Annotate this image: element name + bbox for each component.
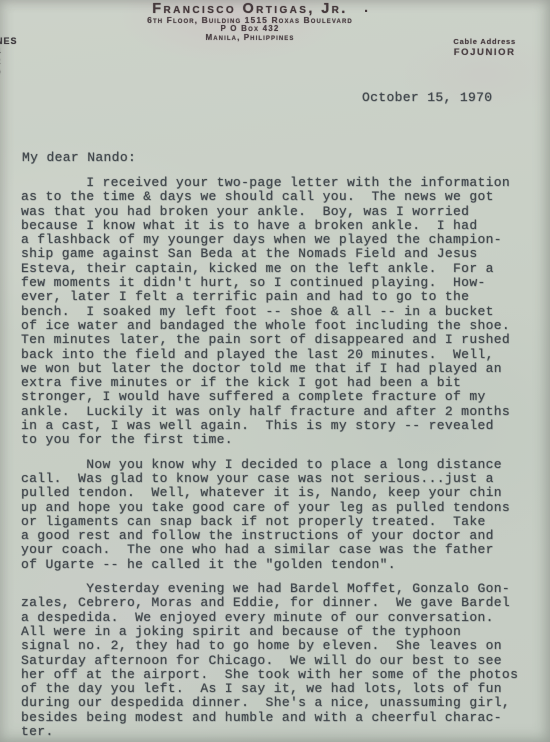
letter-line: Ten minutes later, the pain sort of disa…: [21, 333, 533, 347]
letter-line: ter.: [21, 725, 533, 739]
letter-line: to you for the first time.: [21, 433, 533, 447]
letter-line: Esteva, their captain, kicked me on the …: [21, 262, 533, 276]
letter-line: pulled tendon. Well, whatever it is, Nan…: [21, 486, 533, 500]
letter-line: a good rest and follow the instructions …: [21, 529, 533, 543]
letter-line: call. Was glad to know your case was not…: [21, 472, 533, 486]
letter-line: your coach. The one who had a similar ca…: [21, 543, 533, 557]
letter-line: besides being modest and humble and with…: [21, 711, 533, 725]
letter-line: ankle. Luckily it was only half fracture…: [21, 405, 533, 419]
letter-line: because I know what it is to have a brok…: [21, 219, 533, 233]
cable-address-label: Cable Address: [453, 37, 516, 46]
letter-line: stronger, I would have suffered a comple…: [21, 390, 533, 404]
cable-address-value: FOJUNIOR: [453, 47, 516, 58]
left-edge-cutoff-text: NES429: [0, 36, 18, 78]
letter-line: was that you had broken your ankle. Boy,…: [21, 205, 533, 219]
letter-line: of ice water and bandaged the whole foot…: [21, 319, 533, 333]
left-edge-fragment: 9: [0, 68, 18, 79]
letter-line: extra five minutes or if the kick I got …: [21, 376, 533, 390]
letter-body: I received your two-page letter with the…: [21, 176, 533, 742]
paragraph: I received your two-page letter with the…: [21, 176, 533, 448]
paragraph: Now you know why I decided to place a lo…: [21, 458, 533, 572]
letter-line: Yesterday evening we had Bardel Moffet, …: [21, 582, 533, 596]
letter-line: ship game against San Beda at the Nomads…: [21, 247, 533, 261]
letter-line: All were in a joking spirit and because …: [21, 625, 533, 639]
letter-line: few moments it didn't hurt, so I continu…: [21, 276, 533, 290]
letter-line: signal no. 2, they had to go home by ele…: [21, 639, 533, 653]
letter-line: during our despedida dinner. She's a nic…: [21, 696, 533, 710]
letter-line: back into the field and played the last …: [21, 348, 533, 362]
letterhead-stray-mark: .: [364, 0, 368, 16]
letter-line: her off at the airport. She took with he…: [21, 668, 533, 682]
letter-line: of the day you left. As I say it, we had…: [21, 682, 533, 696]
left-edge-fragment: 4: [0, 47, 18, 58]
letter-line: or ligaments can snap back if not proper…: [21, 515, 533, 529]
salutation: My dear Nando:: [22, 150, 136, 165]
letterhead-address-line: Manila, Philippines: [0, 33, 500, 42]
letter-line: as to the time & days we should call you…: [21, 190, 533, 204]
letter-line: Saturday afternoon for Chicago. We will …: [21, 654, 533, 668]
left-edge-fragment: 2: [0, 57, 18, 68]
letter-line: up and hope you take good care of your l…: [21, 501, 533, 515]
letterhead-address-line: P O Box 432: [0, 24, 500, 33]
letter-line: ever, later I felt a terrific pain and h…: [21, 290, 533, 304]
letter-scan: Francisco Ortigas, Jr. . 6th Floor, Buil…: [0, 0, 550, 742]
letter-line: a despedida. We enjoyed every minute of …: [21, 611, 533, 625]
letter-line: Now you know why I decided to place a lo…: [21, 458, 533, 472]
date-line: October 15, 1970: [362, 90, 492, 105]
letter-line: bench. I soaked my left foot -- shoe & a…: [21, 305, 533, 319]
letter-line: of Ugarte -- he called it the "golden te…: [21, 558, 533, 572]
letter-line: we won but later the doctor told me that…: [21, 362, 533, 376]
cable-address-block: Cable Address FOJUNIOR: [453, 37, 516, 58]
letter-line: I received your two-page letter with the…: [21, 176, 533, 190]
letter-line: a flashback of my younger days when we p…: [21, 233, 533, 247]
letter-line: in a cast, I was well again. This is my …: [21, 419, 533, 433]
letter-line: zales, Cebrero, Moras and Eddie, for din…: [21, 596, 533, 610]
left-edge-fragment: NES: [0, 36, 18, 47]
paragraph: Yesterday evening we had Bardel Moffet, …: [21, 582, 533, 739]
